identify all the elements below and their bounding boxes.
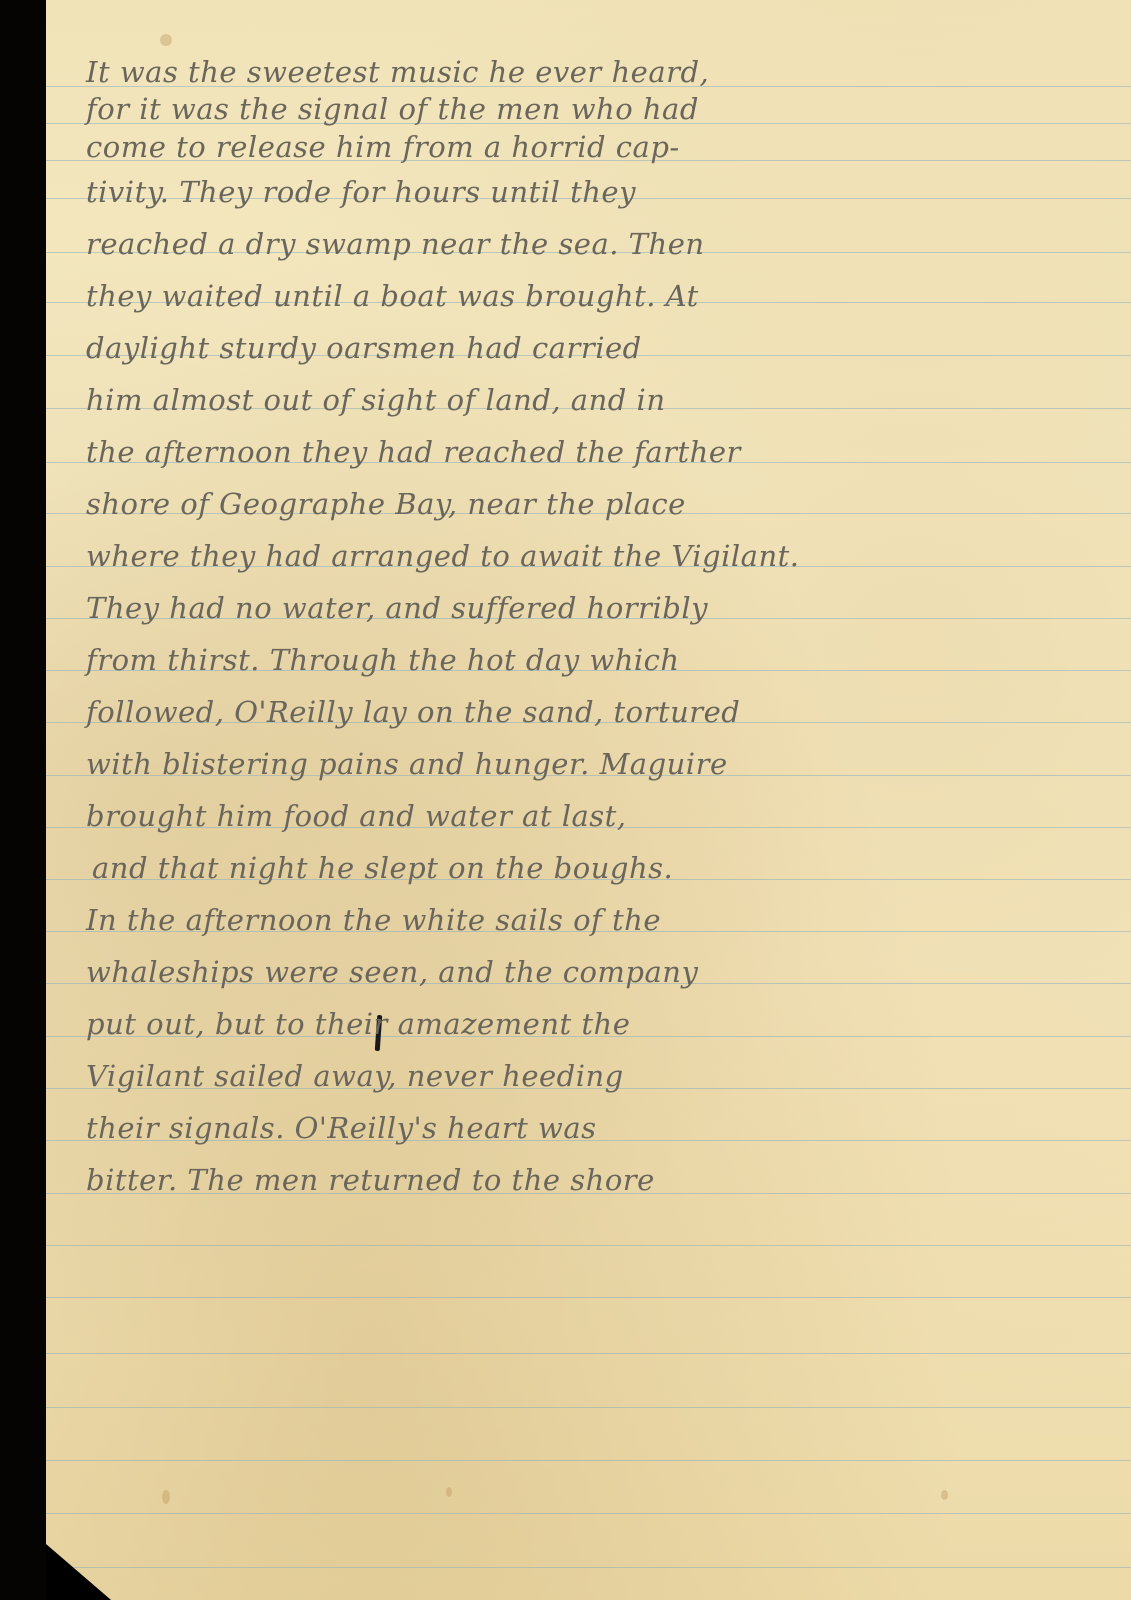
ruled-line [46, 1353, 1131, 1354]
ruled-line [46, 1460, 1131, 1461]
text-line: In the afternoon the white sails of the [86, 894, 1116, 946]
text-line: Vigilant sailed away, never heeding [86, 1050, 1116, 1102]
text-line: whaleships were seen, and the company [86, 946, 1116, 998]
paper-stain [941, 1490, 948, 1500]
text-line: brought him food and water at last, [86, 790, 1116, 842]
text-line: their signals. O'Reilly's heart was [86, 1102, 1116, 1154]
ruled-line [46, 1297, 1131, 1298]
text-line: come to release him from a horrid cap- [86, 129, 1116, 166]
paper-stain [446, 1487, 452, 1497]
ruled-line [46, 1407, 1131, 1408]
text-line: shore of Geographe Bay, near the place [86, 478, 1116, 530]
text-line: they waited until a boat was brought. At [86, 270, 1116, 322]
paper-stain [162, 1490, 170, 1504]
text-line: him almost out of sight of land, and in [86, 374, 1116, 426]
text-line: from thirst. Through the hot day which [86, 634, 1116, 686]
text-line: where they had arranged to await the Vig… [86, 530, 1116, 582]
text-line: with blistering pains and hunger. Maguir… [86, 738, 1116, 790]
text-line: the afternoon they had reached the farth… [86, 426, 1116, 478]
text-line: for it was the signal of the men who had [86, 91, 1116, 128]
text-line: followed, O'Reilly lay on the sand, tort… [86, 686, 1116, 738]
text-line: bitter. The men returned to the shore [86, 1154, 1116, 1206]
text-line: reached a dry swamp near the sea. Then [86, 218, 1116, 270]
ruled-line [46, 1245, 1131, 1246]
ruled-line [46, 1513, 1131, 1514]
text-line: It was the sweetest music he ever heard, [86, 54, 1116, 91]
text-line: They had no water, and suffered horribly [86, 582, 1116, 634]
text-line: and that night he slept on the boughs. [86, 842, 1116, 894]
scan-background-margin [0, 0, 46, 1600]
paper-stain [160, 34, 172, 46]
handwritten-text: It was the sweetest music he ever heard,… [86, 62, 1116, 1206]
text-line: put out, but to their amazement the [86, 998, 1116, 1050]
text-line: daylight sturdy oarsmen had carried [86, 322, 1116, 374]
ruled-line [46, 1567, 1131, 1568]
text-line: tivity. They rode for hours until they [86, 166, 1116, 218]
